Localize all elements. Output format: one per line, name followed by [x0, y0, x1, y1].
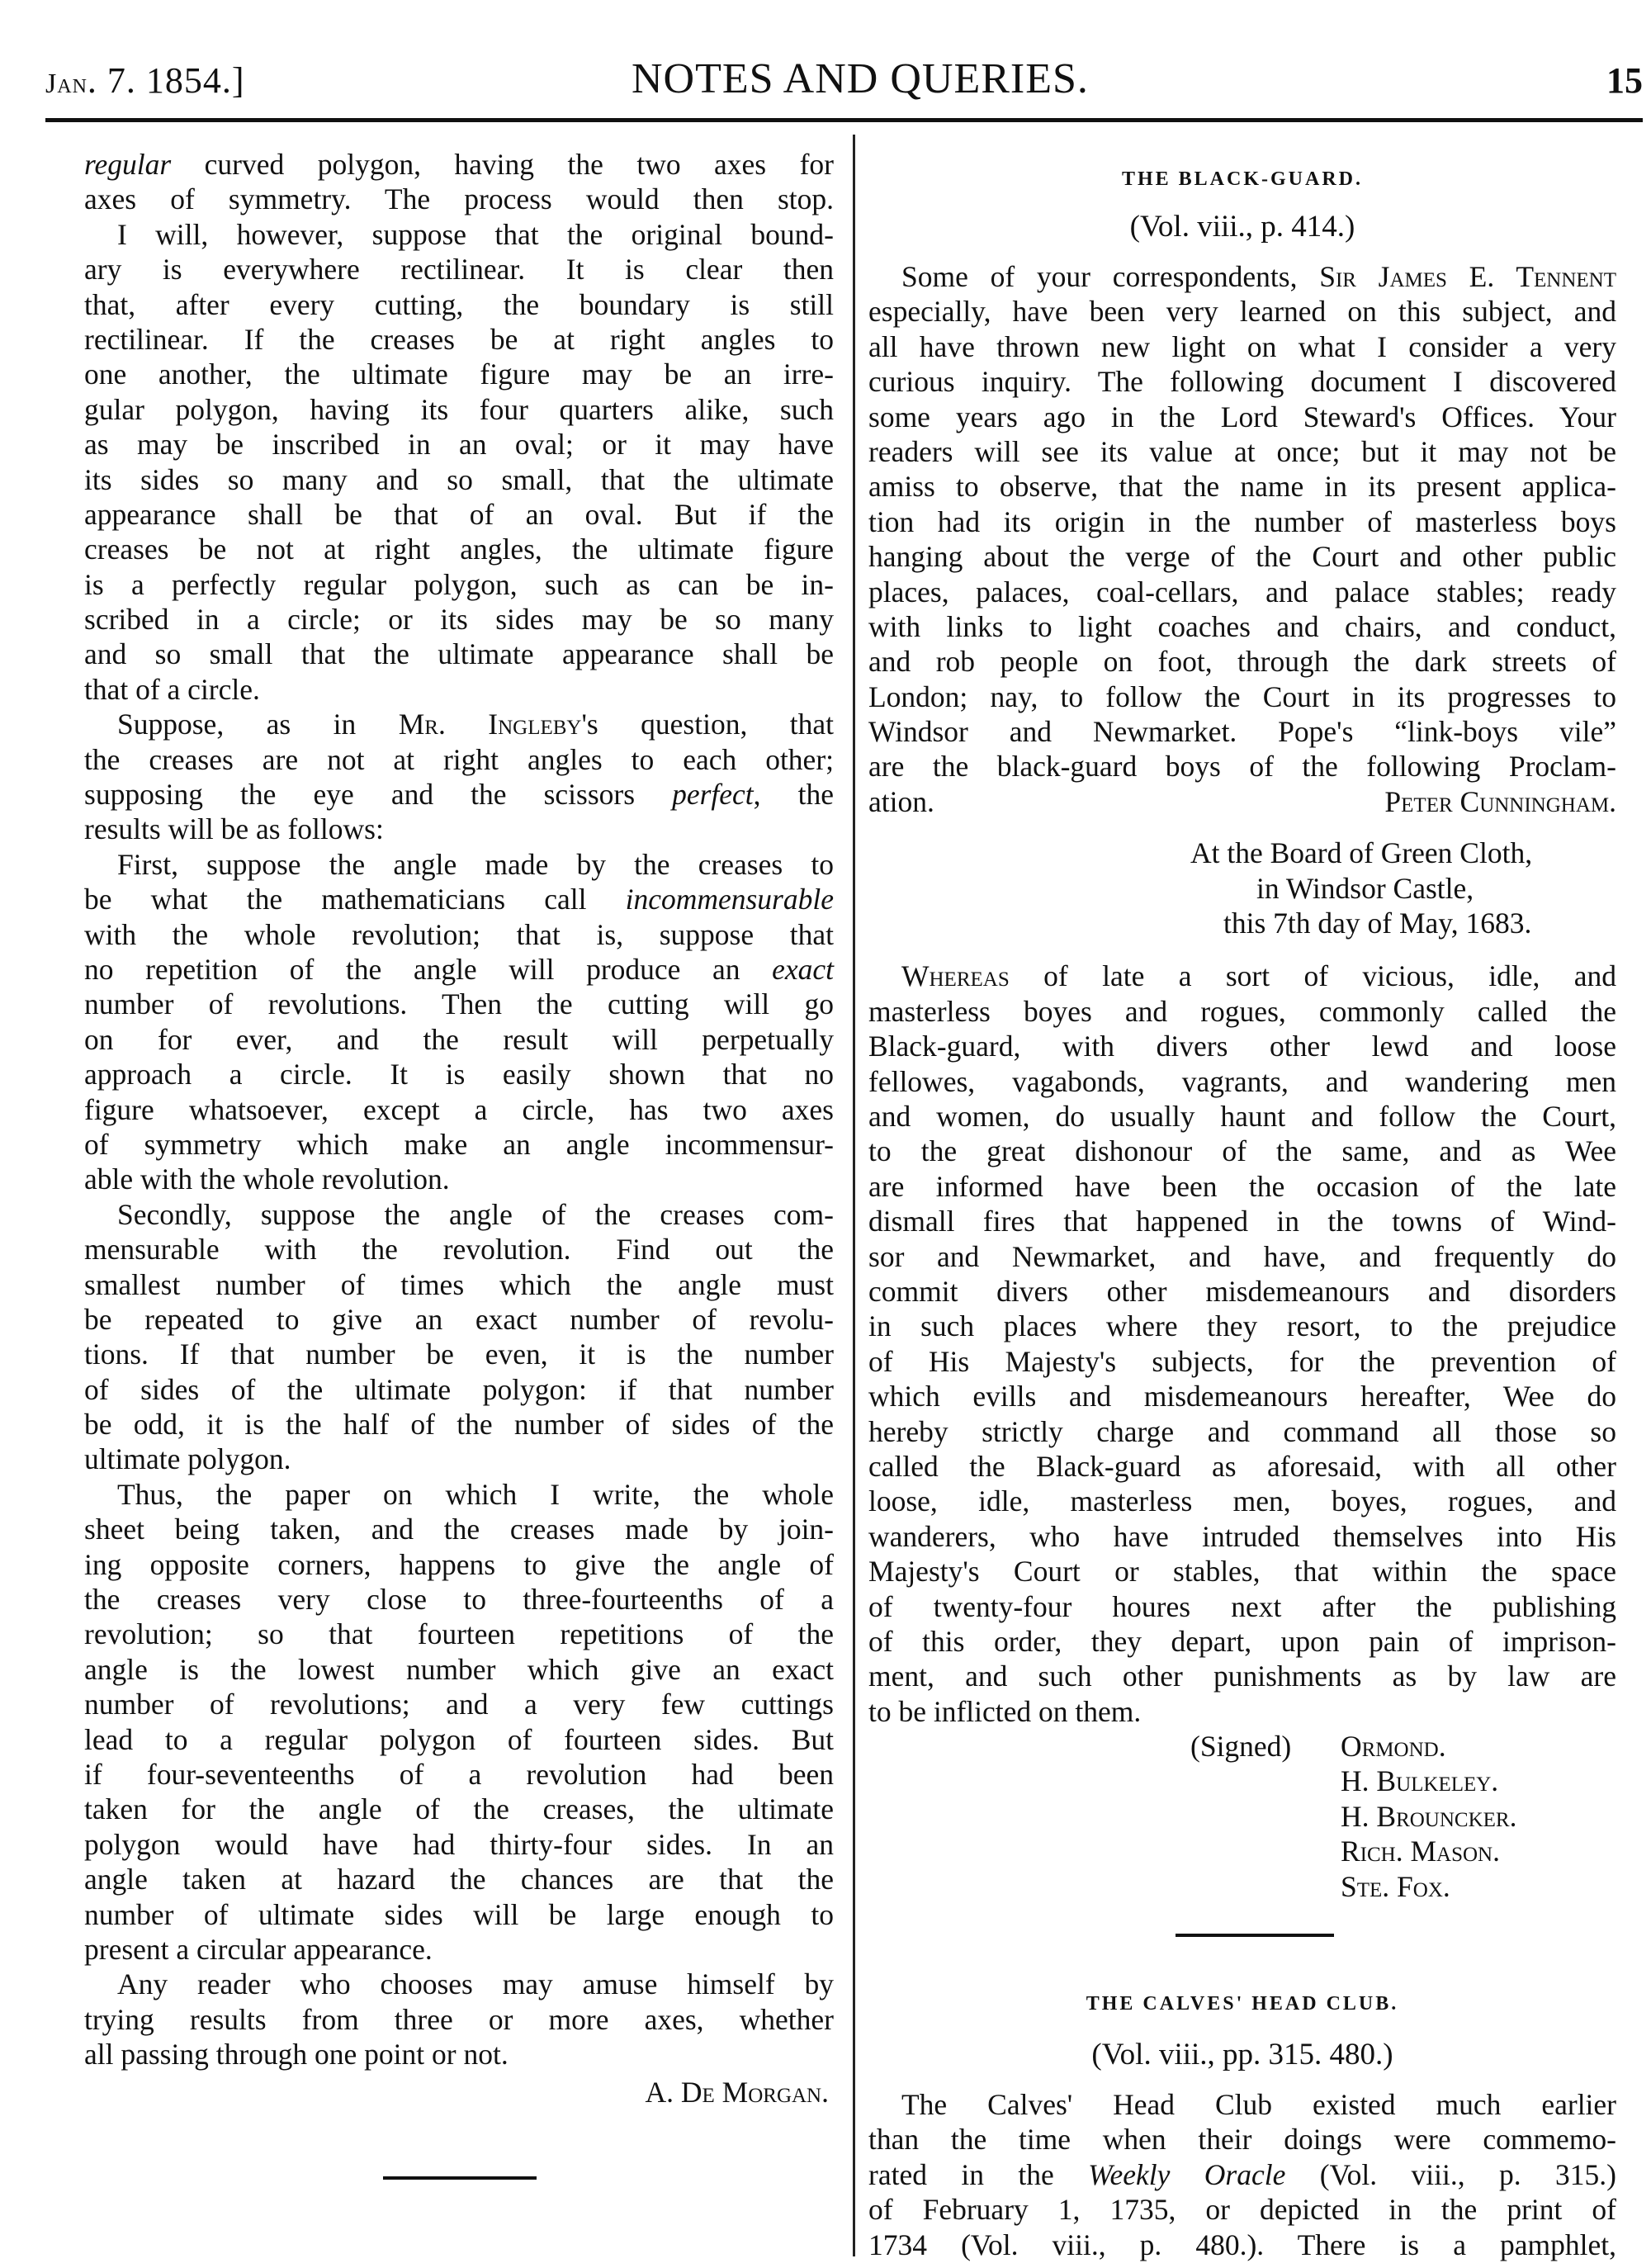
text-line: number of revolutions; and a very few cu…: [84, 1687, 834, 1721]
text-line: amiss to observe, that the name in its p…: [868, 469, 1616, 504]
black-guard-intro: Some of your correspondents, Sir James E…: [868, 259, 1616, 784]
line-segment: 1734 (Vol. viii., p. 480.). There is a p…: [868, 2228, 1616, 2261]
line-segment: Secondly, suppose the angle of the creas…: [117, 1198, 834, 1231]
line-segment: fellowes, vagabonds, vagrants, and wande…: [868, 1065, 1616, 1098]
text-line: present a circular appearance.: [84, 1932, 834, 1967]
line-segment: no repetition of the angle will produce …: [84, 953, 772, 986]
line-segment: supposing the eye and the scissors: [84, 778, 672, 811]
text-line: one another, the ultimate figure may be …: [84, 357, 834, 391]
line-segment: places, palaces, coal-cellars, and palac…: [868, 575, 1616, 608]
text-line: taken for the angle of the creases, the …: [84, 1792, 834, 1826]
text-line: fellowes, vagabonds, vagrants, and wande…: [868, 1064, 1616, 1099]
line-segment: taken for the angle of the creases, the …: [84, 1792, 834, 1825]
line-segment: all have thrown new light on what I cons…: [868, 330, 1616, 363]
running-header: Jan. 7. 1854.] NOTES AND QUERIES. 15: [45, 51, 1643, 109]
line-segment: ultimate polygon.: [84, 1442, 291, 1475]
line-segment: hanging about the verge of the Court and…: [868, 540, 1616, 573]
text-line: figure whatsoever, except a circle, has …: [84, 1092, 834, 1127]
text-line: with links to light coaches and chairs, …: [868, 609, 1616, 644]
text-line: than the time when their doings were com…: [868, 2122, 1616, 2157]
line-segment: which evills and misdemeanours hereafter…: [868, 1380, 1616, 1413]
text-line: Majesty's Court or stables, that within …: [868, 1554, 1616, 1589]
line-segment: number of ultimate sides will be large e…: [84, 1898, 834, 1931]
text-line: ary is everywhere rectilinear. It is cle…: [84, 252, 834, 286]
text-line: masterless boyes and rogues, commonly ca…: [868, 994, 1616, 1029]
line-segment: its sides so many and so small, that the…: [84, 463, 834, 496]
text-line: number of revolutions. Then the cutting …: [84, 987, 834, 1021]
place-line: in Windsor Castle,: [1190, 871, 1616, 906]
line-segment: in such places where they resort, to the…: [868, 1309, 1616, 1342]
text-line: Whereas of late a sort of vicious, idle,…: [868, 959, 1616, 993]
line-segment: is a perfectly regular polygon, such as …: [84, 568, 834, 601]
text-line: of symmetry which make an angle incommen…: [84, 1127, 834, 1162]
left-column: regular curved polygon, having the two a…: [84, 147, 834, 2180]
text-line: I will, however, suppose that the origin…: [84, 217, 834, 252]
text-line: appearance shall be that of an oval. But…: [84, 497, 834, 532]
line-segment: hereby strictly charge and command all t…: [868, 1415, 1616, 1448]
calves-head-body: The Calves' Head Club existed much earli…: [868, 2087, 1616, 2262]
line-segment: and rob people on foot, through the dark…: [868, 645, 1616, 678]
date-month: Jan: [45, 69, 88, 99]
text-line: London; nay, to follow the Court in its …: [868, 679, 1616, 714]
line-segment: of this order, they depart, upon pain of…: [868, 1625, 1616, 1658]
line-segment: smallest number of times which the angle…: [84, 1268, 834, 1301]
text-line: of this order, they depart, upon pain of…: [868, 1624, 1616, 1659]
line-segment: with the whole revolution; that is, supp…: [84, 918, 834, 951]
line-segment: Thus, the paper on which I write, the wh…: [117, 1478, 834, 1511]
line-segment: that, after every cutting, the boundary …: [84, 288, 834, 321]
line-segment: sor and Newmarket, and have, and frequen…: [868, 1240, 1616, 1273]
date-rest: . 7. 1854.]: [88, 60, 245, 101]
line-segment: Weekly Oracle: [1088, 2158, 1285, 2191]
section-end-rule: [383, 2176, 537, 2180]
line-segment: angle taken at hazard the chances are th…: [84, 1863, 834, 1896]
text-line: which evills and misdemeanours hereafter…: [868, 1379, 1616, 1413]
text-line: especially, have been very learned on th…: [868, 294, 1616, 329]
text-line: the creases very close to three-fourteen…: [84, 1582, 834, 1617]
line-segment: of February 1, 1735, or depicted in the …: [868, 2193, 1616, 2226]
text-line: are informed have been the occasion of t…: [868, 1169, 1616, 1204]
correspondent-signature: Peter Cunningham.: [1384, 784, 1616, 819]
text-line: if four-seventeenths of a revolution had…: [84, 1757, 834, 1792]
signatories-block: (Signed) Ormond. H. Bulkeley. H. Brounck…: [868, 1729, 1616, 1904]
issue-date: Jan. 7. 1854.]: [45, 59, 245, 102]
text-line: commit divers other misdemeanours and di…: [868, 1274, 1616, 1309]
line-segment: figure whatsoever, except a circle, has …: [84, 1093, 834, 1126]
section-title-calves-head-club: THE CALVES' HEAD CLUB.: [868, 1993, 1616, 2015]
text-line: wanderers, who have intruded themselves …: [868, 1519, 1616, 1554]
line-segment: The Calves' Head Club existed much earli…: [901, 2088, 1616, 2121]
text-line: approach a circle. It is easily shown th…: [84, 1057, 834, 1091]
line-segment: Windsor and Newmarket. Pope's “link-boys…: [868, 715, 1616, 748]
text-line: able with the whole revolution.: [84, 1162, 834, 1196]
line-segment: to the great dishonour of the same, and …: [868, 1134, 1616, 1167]
signatory: Ormond.: [1341, 1729, 1616, 1764]
text-line: results will be as follows:: [84, 812, 834, 846]
line-segment: the creases are not at right angles to e…: [84, 743, 834, 776]
text-line: smallest number of times which the angle…: [84, 1267, 834, 1302]
line-segment: Sir James E. Tennent: [1319, 260, 1616, 293]
line-segment: Whereas: [901, 959, 1010, 992]
text-line: the creases are not at right angles to e…: [84, 742, 834, 777]
line-segment: be what the mathematicians call: [84, 883, 626, 916]
text-line: rated in the Weekly Oracle (Vol. viii., …: [868, 2157, 1616, 2192]
line-segment: exact: [772, 953, 834, 986]
section-title-black-guard: THE BLACK-GUARD.: [868, 168, 1616, 191]
text-line: ultimate polygon.: [84, 1442, 834, 1476]
text-line: and so small that the ultimate appearanc…: [84, 637, 834, 671]
text-line: all have thrown new light on what I cons…: [868, 329, 1616, 364]
signatory: Ste. Fox.: [1341, 1869, 1616, 1904]
text-line: places, palaces, coal-cellars, and palac…: [868, 575, 1616, 609]
line-segment: curved polygon, having the two axes for: [171, 148, 834, 181]
line-segment: some years ago in the Lord Steward's Off…: [868, 400, 1616, 433]
text-line: is a perfectly regular polygon, such as …: [84, 567, 834, 602]
text-line: of February 1, 1735, or depicted in the …: [868, 2192, 1616, 2227]
text-line: scribed in a circle; or its sides may be…: [84, 602, 834, 637]
text-line: supposing the eye and the scissors perfe…: [84, 777, 834, 812]
line-segment: to be inflicted on them.: [868, 1695, 1141, 1728]
line-segment: lead to a regular polygon of fourteen si…: [84, 1723, 834, 1756]
right-column: THE BLACK-GUARD. (Vol. viii., p. 414.) S…: [868, 147, 1616, 2262]
text-line: polygon would have had thirty-four sides…: [84, 1827, 834, 1862]
author-signature: A. De Morgan.: [84, 2075, 834, 2109]
text-line: angle taken at hazard the chances are th…: [84, 1862, 834, 1896]
line-segment: sheet being taken, and the creases made …: [84, 1513, 834, 1546]
line-segment: gular polygon, having its four quarters …: [84, 393, 834, 426]
text-line: as may be inscribed in an oval; or it ma…: [84, 427, 834, 462]
left-article-body: regular curved polygon, having the two a…: [84, 147, 834, 2072]
line-segment: are informed have been the occasion of t…: [868, 1170, 1616, 1203]
text-line: gular polygon, having its four quarters …: [84, 392, 834, 427]
line-segment: Mr. Ingleby: [399, 708, 582, 741]
text-line: revolution; so that fourteen repetitions…: [84, 1617, 834, 1651]
line-segment: perfect: [672, 778, 754, 811]
line-segment: are the black-guard boys of the followin…: [868, 750, 1616, 783]
column-divider: [853, 135, 855, 2256]
text-line: on for ever, and the result will perpetu…: [84, 1022, 834, 1057]
line-segment: mensurable with the revolution. Find out…: [84, 1233, 834, 1266]
line-segment: approach a circle. It is easily shown th…: [84, 1058, 834, 1091]
text-line: angle is the lowest number which give an…: [84, 1652, 834, 1687]
text-line: Any reader who chooses may amuse himself…: [84, 1967, 834, 2001]
signatory-list: Ormond. H. Bulkeley. H. Brouncker. Rich.…: [1341, 1729, 1616, 1904]
line-segment: trying results from three or more axes, …: [84, 2003, 834, 2036]
proclamation-body: Whereas of late a sort of vicious, idle,…: [868, 959, 1616, 1729]
text-line: Thus, the paper on which I write, the wh…: [84, 1477, 834, 1512]
line-segment: present a circular appearance.: [84, 1933, 433, 1966]
text-line: number of ultimate sides will be large e…: [84, 1897, 834, 1932]
text-line: hanging about the verge of the Court and…: [868, 539, 1616, 574]
page-number: 15: [1606, 59, 1643, 102]
line-segment: masterless boyes and rogues, commonly ca…: [868, 995, 1616, 1028]
text-line: with the whole revolution; that is, supp…: [84, 917, 834, 952]
text-line: trying results from three or more axes, …: [84, 2002, 834, 2037]
line-segment: rectilinear. If the creases be at right …: [84, 323, 834, 356]
line-segment: all passing through one point or not.: [84, 2038, 509, 2071]
line-segment: rated in the: [868, 2158, 1088, 2191]
text-line: Windsor and Newmarket. Pope's “link-boys…: [868, 714, 1616, 749]
text-line: and rob people on foot, through the dark…: [868, 644, 1616, 679]
intro-last-line: ation. Peter Cunningham.: [868, 784, 1616, 819]
line-segment: than the time when their doings were com…: [868, 2123, 1616, 2156]
text-line: be odd, it is the half of the number of …: [84, 1407, 834, 1442]
text-line: some years ago in the Lord Steward's Off…: [868, 400, 1616, 434]
line-segment: of symmetry which make an angle incommen…: [84, 1128, 834, 1161]
text-line: regular curved polygon, having the two a…: [84, 147, 834, 182]
line-segment: called the Black-guard as aforesaid, wit…: [868, 1450, 1616, 1483]
line-segment: of sides of the ultimate polygon: if tha…: [84, 1373, 834, 1406]
text-line: creases be not at right angles, the ulti…: [84, 532, 834, 566]
text-line: called the Black-guard as aforesaid, wit…: [868, 1449, 1616, 1484]
line-segment: curious inquiry. The following document …: [868, 365, 1616, 398]
line-segment: I will, however, suppose that the origin…: [117, 218, 834, 251]
section-divider-rule: [1176, 1934, 1334, 1937]
line-segment: Any reader who chooses may amuse himself…: [117, 1967, 834, 2000]
line-segment: revolution; so that fourteen repetitions…: [84, 1617, 834, 1650]
line-segment: tion had its origin in the number of mas…: [868, 505, 1616, 538]
text-line: that of a circle.: [84, 672, 834, 707]
line-segment: with links to light coaches and chairs, …: [868, 610, 1616, 643]
line-segment: wanderers, who have intruded themselves …: [868, 1520, 1616, 1553]
text-line: tion had its origin in the number of mas…: [868, 504, 1616, 539]
line-segment: appearance shall be that of an oval. But…: [84, 498, 834, 531]
line-segment: (Vol. viii., p. 315.): [1285, 2158, 1616, 2191]
text-line: be what the mathematicians call incommen…: [84, 882, 834, 916]
line-segment: number of revolutions; and a very few cu…: [84, 1688, 834, 1721]
proclamation-place-date: At the Board of Green Cloth, in Windsor …: [1190, 836, 1616, 940]
line-segment: Black-guard, with divers other lewd and …: [868, 1030, 1616, 1063]
text-line: Black-guard, with divers other lewd and …: [868, 1029, 1616, 1063]
line-segment: creases be not at right angles, the ulti…: [84, 533, 834, 566]
text-line: lead to a regular polygon of fourteen si…: [84, 1722, 834, 1757]
text-line: axes of symmetry. The process would then…: [84, 182, 834, 216]
text-line: of sides of the ultimate polygon: if tha…: [84, 1372, 834, 1407]
line-segment: as may be inscribed in an oval; or it ma…: [84, 428, 834, 461]
line-segment: loose, idle, masterless men, boyes, rogu…: [868, 1484, 1616, 1518]
line-segment: regular: [84, 148, 171, 181]
line-segment: of twenty-four houres next after the pub…: [868, 1590, 1616, 1623]
line-segment: ing opposite corners, happens to give th…: [84, 1548, 834, 1581]
text-line: sheet being taken, and the creases made …: [84, 1512, 834, 1546]
line-segment: able with the whole revolution.: [84, 1162, 450, 1196]
text-line: and women, do usually haunt and follow t…: [868, 1099, 1616, 1134]
line-segment: especially, have been very learned on th…: [868, 295, 1616, 328]
line-segment: one another, the ultimate figure may be …: [84, 357, 834, 391]
line-segment: number of revolutions. Then the cutting …: [84, 987, 834, 1020]
place-line: this 7th day of May, 1683.: [1190, 906, 1616, 940]
text-line: Suppose, as in Mr. Ingleby's question, t…: [84, 707, 834, 741]
line-segment: angle is the lowest number which give an…: [84, 1653, 834, 1686]
place-line: At the Board of Green Cloth,: [1190, 836, 1616, 870]
text-line: ing opposite corners, happens to give th…: [84, 1547, 834, 1582]
text-line: mensurable with the revolution. Find out…: [84, 1232, 834, 1267]
line-segment: London; nay, to follow the Court in its …: [868, 680, 1616, 713]
signatory: H. Brouncker.: [1341, 1799, 1616, 1834]
text-line: of twenty-four houres next after the pub…: [868, 1589, 1616, 1624]
line-segment: amiss to observe, that the name in its p…: [868, 470, 1616, 503]
text-line: readers will see its value at once; but …: [868, 434, 1616, 469]
line-segment: be repeated to give an exact number of r…: [84, 1303, 834, 1336]
text-line: in such places where they resort, to the…: [868, 1309, 1616, 1343]
text-line: be repeated to give an exact number of r…: [84, 1302, 834, 1337]
text-line: Secondly, suppose the angle of the creas…: [84, 1197, 834, 1232]
signed-label: (Signed): [1190, 1729, 1291, 1764]
line-segment: , the: [754, 778, 834, 811]
signatory: H. Bulkeley.: [1341, 1764, 1616, 1798]
text-line: its sides so many and so small, that the…: [84, 462, 834, 497]
line-segment: Some of your correspondents,: [901, 260, 1319, 293]
line-segment: scribed in a circle; or its sides may be…: [84, 603, 834, 636]
line-segment: results will be as follows:: [84, 812, 384, 845]
section-reference: (Vol. viii., pp. 315. 480.): [868, 2037, 1616, 2072]
section-reference: (Vol. viii., p. 414.): [868, 209, 1616, 244]
line-segment: and women, do usually haunt and follow t…: [868, 1100, 1616, 1133]
text-line: ment, and such other punishments as by l…: [868, 1659, 1616, 1693]
intro-last-text: ation.: [868, 785, 934, 818]
signatory: Rich. Mason.: [1341, 1834, 1616, 1868]
line-segment: Suppose, as in: [117, 708, 399, 741]
line-segment: axes of symmetry. The process would then…: [84, 182, 834, 215]
line-segment: ment, and such other punishments as by l…: [868, 1660, 1616, 1693]
journal-title: NOTES AND QUERIES.: [632, 54, 1089, 103]
line-segment: of late a sort of vicious, idle, and: [1010, 959, 1616, 992]
line-segment: the creases very close to three-fourteen…: [84, 1583, 834, 1616]
text-line: of His Majesty's subjects, for the preve…: [868, 1344, 1616, 1379]
text-line: sor and Newmarket, and have, and frequen…: [868, 1239, 1616, 1274]
text-line: to be inflicted on them.: [868, 1694, 1616, 1729]
line-segment: commit divers other misdemeanours and di…: [868, 1275, 1616, 1308]
text-line: to the great dishonour of the same, and …: [868, 1134, 1616, 1168]
text-line: dismall fires that happened in the towns…: [868, 1204, 1616, 1238]
line-segment: polygon would have had thirty-four sides…: [84, 1828, 834, 1861]
text-line: all passing through one point or not.: [84, 2037, 834, 2072]
text-line: loose, idle, masterless men, boyes, rogu…: [868, 1484, 1616, 1518]
line-segment: incommensurable: [626, 883, 834, 916]
header-rule: [45, 118, 1643, 122]
text-line: hereby strictly charge and command all t…: [868, 1414, 1616, 1449]
line-segment: Majesty's Court or stables, that within …: [868, 1555, 1616, 1588]
text-line: curious inquiry. The following document …: [868, 364, 1616, 399]
line-segment: be odd, it is the half of the number of …: [84, 1408, 834, 1441]
text-line: rectilinear. If the creases be at right …: [84, 322, 834, 357]
text-line: that, after every cutting, the boundary …: [84, 287, 834, 322]
line-segment: First, suppose the angle made by the cre…: [117, 848, 834, 881]
line-segment: dismall fires that happened in the towns…: [868, 1205, 1616, 1238]
text-line: 1734 (Vol. viii., p. 480.). There is a p…: [868, 2228, 1616, 2262]
line-segment: ary is everywhere rectilinear. It is cle…: [84, 253, 834, 286]
text-line: The Calves' Head Club existed much earli…: [868, 2087, 1616, 2122]
line-segment: and so small that the ultimate appearanc…: [84, 637, 834, 670]
text-line: no repetition of the angle will produce …: [84, 952, 834, 987]
line-segment: if four-seventeenths of a revolution had…: [84, 1758, 834, 1791]
line-segment: readers will see its value at once; but …: [868, 435, 1616, 468]
text-line: tions. If that number be even, it is the…: [84, 1337, 834, 1371]
text-line: Some of your correspondents, Sir James E…: [868, 259, 1616, 294]
line-segment: of His Majesty's subjects, for the preve…: [868, 1345, 1616, 1378]
text-line: are the black-guard boys of the followin…: [868, 749, 1616, 784]
line-segment: 's question, that: [581, 708, 834, 741]
text-line: First, suppose the angle made by the cre…: [84, 847, 834, 882]
line-segment: on for ever, and the result will perpetu…: [84, 1023, 834, 1056]
line-segment: that of a circle.: [84, 673, 260, 706]
line-segment: tions. If that number be even, it is the…: [84, 1338, 834, 1371]
